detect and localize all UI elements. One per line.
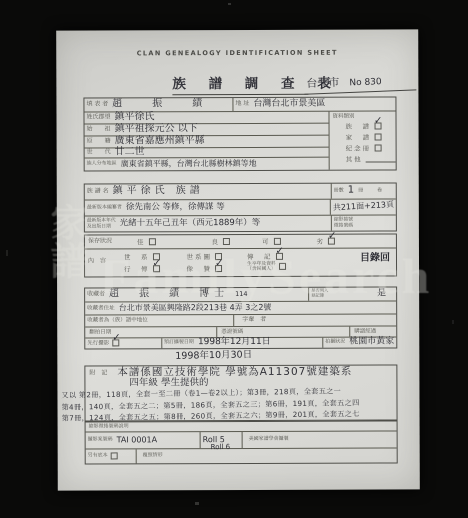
genealogy-title-value: 鎮平徐氏 族譜 — [113, 186, 204, 197]
row-edition-date: 最新版本年代及出版日期 光緒十五年己丑年（西元1889年）等 縮影捲號微捲號碼 — [85, 215, 396, 231]
holder-position-label: 收藏者為（族）譜中地位 — [87, 318, 148, 324]
volume-unit: 冊 — [358, 188, 363, 194]
remarks-dense-notes: 又以 第2冊，118頁，全套一至二冊（卷1—卷2以上）；第3冊，218頁，全套五… — [61, 384, 400, 424]
film-speck — [228, 3, 231, 5]
scroll-unit: 卷 — [377, 188, 382, 194]
checkbox — [374, 133, 382, 141]
prefilm-cell: 先行攝影 ✓ — [85, 338, 161, 348]
filming-date-label: 預訂攝製日期 — [164, 340, 194, 346]
film-number-value: TAI 0001A — [117, 436, 158, 445]
filming-date-cell: 預訂攝製日期 1998年12月11日 — [161, 338, 322, 349]
checkbox-icon — [148, 238, 155, 245]
city-annotation: 台北市 — [306, 77, 339, 90]
checkbox: ✓ — [374, 122, 382, 130]
ancestor-label: 始 祖 — [87, 127, 111, 134]
film-speck — [6, 250, 8, 256]
roll-cell: Roll 5 Roll 6 — [200, 432, 242, 448]
checkbox — [374, 144, 382, 152]
holder-address-label: 收藏者住址 — [87, 305, 115, 311]
holder-address-cell: 收藏者住址 台北市景美區興隆路2段213巷 4弄 3之2號 — [85, 301, 396, 314]
checkbox: ✓ — [112, 339, 120, 347]
condition-label: 保存狀況 — [88, 239, 112, 246]
checkbox-icon — [279, 263, 286, 270]
filming-date-value: 1998年12月11日 — [198, 338, 271, 348]
scanned-photo: CLAN GENEALOGY IDENTIFICATION SHEET 族 譜 … — [0, 0, 468, 518]
check-mark-icon: ✓ — [112, 333, 120, 344]
english-header: CLAN GENEALOGY IDENTIFICATION SHEET — [56, 48, 418, 57]
section-remarks: 附 記 本譜係國立技術學院 學號為A11307號建築系 四年級 學生提供的 又以… — [84, 364, 397, 421]
society-label: 美國家譜學會攝製 — [249, 437, 289, 443]
option-birth-death-dates: 生卒年及資料（含民國人） — [247, 262, 287, 273]
genealogy-title-label: 族 譜 名 — [87, 189, 109, 196]
filming-status-value: 桃園市黃家 — [349, 338, 394, 348]
checkbox-icon — [374, 144, 381, 151]
filer-cell: 填 表 者 趙 振 績 — [84, 98, 232, 112]
refilm-status-label: 覆照情形 — [143, 454, 163, 460]
ancestor-value: 鎮平祖探元公 以下 — [115, 124, 198, 135]
blank-line — [366, 155, 396, 162]
checkbox — [273, 237, 281, 245]
checkbox — [223, 238, 231, 246]
form-title: 族 譜 調 查 表 — [172, 72, 308, 95]
title-annotation: 台北市 No 830 — [306, 75, 382, 90]
row-condition: 保存狀況 佳 良 可 劣✓ — [85, 234, 396, 249]
option-fair: 良 — [211, 237, 231, 246]
compilers-cell: 最新版本編纂者 徐先南公 等修，徐傳謀 等 — [85, 200, 330, 216]
row-holder-position: 收藏者為（族）譜中地位 字輩 者 — [85, 314, 396, 327]
refilm-date-cell: 翻拍日期 — [85, 327, 216, 337]
number-annotation: No 830 — [349, 78, 382, 89]
row-contents: 內 容 世 系 行 傳✓ 世系圖 像 贊✓ 傳 記✓ 生卒年及資料（含民國人） … — [85, 248, 396, 276]
option-records: 傳 記✓ — [247, 252, 287, 261]
row-genealogy-title: 族 譜 名 鎮平徐氏 族譜 冊數 1 冊 卷 — [85, 183, 396, 200]
voucher-number-cell: 憑證號碼 — [216, 327, 349, 337]
holder-address-value: 台北市景美區興隆路2段213巷 4弄 3之2號 — [119, 304, 272, 313]
society-cell: 美國家譜學會攝製 — [242, 431, 397, 448]
amended-date-annotation: 1998年10月30日 — [175, 350, 252, 362]
volume-count-value: 1 — [348, 186, 354, 197]
material-type-cell: 資料類別 族 譜 ✓ 家 譜 紀念冊 其他 — [328, 111, 395, 169]
checkbox — [279, 263, 287, 271]
material-type-header: 資料類別 — [329, 111, 395, 119]
checkbox — [148, 238, 156, 246]
section-holder: 收藏者 趙 振 績 博士 114 是否列入登記簿 是 收藏者住址 台北市景美區興… — [84, 286, 397, 349]
filming-status-cell: 拍攝狀況 桃園市黃家 — [322, 337, 396, 347]
compilers-value: 徐先南公 等修，徐傳謀 等 — [126, 203, 225, 212]
roll-value-2: Roll 6 — [211, 444, 230, 451]
voucher-number-label: 憑證號碼 — [221, 329, 243, 335]
generations-value: 廿二世 — [115, 148, 145, 159]
contents-label: 內 容 — [88, 258, 106, 276]
row-compilers: 最新版本編纂者 徐先南公 等修，徐傳謀 等 共211面+213頁 — [85, 199, 396, 216]
distribution-label: 族人分布地區 — [87, 162, 117, 168]
section-condition: 保存狀況 佳 良 可 劣✓ 內 容 世 系 行 傳✓ 世系圖 像 贊✓ 傳 記✓ — [84, 233, 397, 277]
checkbox-icon — [273, 237, 280, 244]
row-film-number: 攝影案號碼 TAI 0001A Roll 5 Roll 6 美國家譜學會攝製 — [86, 431, 397, 449]
section-microfilm: 縮影微捲號碼說明 攝影案號碼 TAI 0001A Roll 5 Roll 6 美… — [85, 420, 398, 464]
remarks-label: 附 記 — [89, 370, 107, 377]
origin-label: 原 籍 — [87, 139, 111, 146]
option-memorial-book: 紀念冊 — [346, 143, 396, 152]
paper-sheet: CLAN GENEALOGY IDENTIFICATION SHEET 族 譜 … — [56, 29, 420, 490]
index-annotation: 目錄回 — [360, 253, 390, 264]
option-good: 佳 — [137, 237, 157, 246]
prefilm-label: 先行攝影 — [87, 340, 109, 346]
filer-value: 趙 振 績 — [112, 99, 212, 110]
volume-count-cell: 冊數 1 冊 卷 — [331, 183, 396, 198]
film-number-label: 攝影案號碼 — [88, 438, 113, 444]
volume-label: 冊數 — [334, 188, 344, 194]
film-number-cell: 攝影案號碼 TAI 0001A — [86, 432, 200, 448]
check-mark-icon: ✓ — [328, 231, 336, 242]
check-mark-icon: ✓ — [374, 116, 382, 127]
filming-status-label: 拍攝狀況 — [325, 340, 345, 346]
film-speck — [452, 320, 454, 324]
surname-cell: 姓氏郡望 鎮平徐氏 — [84, 112, 328, 124]
edition-date-cell: 最新版本年代及出版日期 光緒十五年己丑年（西元1889年）等 — [85, 216, 331, 232]
refilm-date-label: 翻拍日期 — [89, 329, 111, 335]
contents-col2: 世系圖 像 贊✓ — [186, 249, 223, 276]
holder-value: 趙 振 績 博士 — [109, 289, 229, 300]
holder-position-cell: 收藏者為（族）譜中地位 — [85, 315, 233, 327]
checkbox-icon — [374, 133, 381, 140]
check-mark-icon: ✓ — [275, 246, 283, 257]
option-label: 紀念冊 — [346, 144, 372, 153]
option-biographies: 行 傳✓ — [124, 264, 161, 273]
microfilm-header-label: 縮影微捲號碼說明 — [89, 424, 129, 430]
distribution-value: 廣東省鎮平縣，台灣台北縣樹林鎮等地 — [121, 160, 257, 169]
row-distribution: 族人分布地區 廣東省鎮平縣，台灣台北縣樹林鎮等地 — [85, 158, 329, 171]
holder-note: 114 — [235, 291, 247, 298]
row-filming: 先行攝影 ✓ 預訂攝製日期 1998年12月11日 拍攝狀況 桃園市黃家 — [85, 337, 396, 348]
distribution-cell: 族人分布地區 廣東省鎮平縣，台灣台北縣樹林鎮等地 — [85, 158, 329, 171]
checkbox-icon — [111, 452, 118, 459]
row-duplicate: 另有底本 覆照情形 — [86, 448, 397, 463]
checkbox-icon — [223, 238, 230, 245]
surname-label: 姓氏郡望 — [86, 115, 110, 122]
option-clan-genealogy: 族 譜 ✓ — [346, 121, 396, 130]
basic-info-split: 姓氏郡望 鎮平徐氏 始 祖 鎮平祖探元公 以下 原 籍 廣東省嘉 — [84, 111, 395, 170]
option-label: 族 譜 — [346, 122, 372, 131]
option-label: 家 譜 — [346, 133, 372, 142]
option-family-genealogy: 家 譜 — [346, 132, 396, 141]
microfilm-note-label: 縮影捲號微捲號碼 — [334, 218, 353, 229]
contents-col1: 世 系 行 傳✓ — [124, 249, 161, 276]
generation-name-label: 字輩 者 — [242, 317, 266, 324]
option-poor: 劣✓ — [316, 237, 336, 246]
option-portraits: 像 贊✓ — [187, 264, 224, 273]
checkbox: ✓ — [153, 265, 161, 273]
microfilm-note-cell: 縮影捲號微捲號碼 — [331, 215, 396, 230]
birth-death-label: 生卒年及資料（含民國人） — [247, 262, 276, 273]
edition-date-label: 最新版本年代及出版日期 — [87, 218, 116, 229]
basic-info-left: 姓氏郡望 鎮平徐氏 始 祖 鎮平祖探元公 以下 原 籍 廣東省嘉 — [84, 112, 328, 171]
checkbox — [111, 452, 119, 460]
filer-label: 填 表 者 — [86, 102, 108, 109]
checkbox: ✓ — [328, 237, 336, 245]
check-mark-icon: ✓ — [153, 259, 161, 270]
surname-value: 鎮平徐氏 — [115, 113, 155, 124]
acquisition-cell: 購譜經過 — [349, 326, 396, 336]
checkbox: ✓ — [215, 265, 223, 273]
refilm-status-cell: 覆照情形 — [136, 448, 397, 463]
duplicate-cell: 另有底本 — [86, 449, 136, 463]
check-mark-icon: ✓ — [215, 259, 223, 270]
checkbox: ✓ — [275, 252, 283, 260]
option-usable: 可 — [262, 237, 282, 246]
compilers-label: 最新版本編纂者 — [87, 205, 122, 211]
generation-name-cell: 字輩 者 — [233, 314, 396, 326]
generations-cell: 世 代 廿二世 — [85, 148, 329, 158]
row-filer: 填 表 者 趙 振 績 地 址 台灣台北市景美區 — [84, 97, 395, 112]
address-cell: 地 址 台灣台北市景美區 — [232, 97, 395, 111]
holder-label: 收藏者 — [87, 292, 105, 299]
contents-col3: 傳 記✓ 生卒年及資料（含民國人） — [247, 249, 287, 276]
section-basic-info: 填 表 者 趙 振 績 地 址 台灣台北市景美區 姓氏郡望 鎮平徐氏 — [83, 96, 396, 171]
registry-value: 是 — [377, 289, 386, 298]
genealogy-title-cell: 族 譜 名 鎮平徐氏 族譜 — [85, 184, 331, 200]
section-edition-info: 族 譜 名 鎮平徐氏 族譜 冊數 1 冊 卷 最新版本編纂者 徐先南公 等修，徐… — [84, 182, 397, 232]
row-holder-address: 收藏者住址 台北市景美區興隆路2段213巷 4弄 3之2號 — [85, 301, 396, 315]
address-label: 地 址 — [235, 101, 249, 108]
holder-cell: 收藏者 趙 振 績 博士 114 — [85, 288, 308, 302]
registry-label: 是否列入登記簿 — [311, 289, 328, 299]
duplicate-label: 另有底本 — [88, 454, 108, 460]
option-label: 其他 — [346, 155, 363, 164]
generations-label: 世 代 — [87, 150, 111, 157]
page-count-value: 共211面+213頁 — [332, 201, 394, 213]
registry-cell: 是否列入登記簿 是 — [308, 287, 396, 300]
row-holder: 收藏者 趙 振 績 博士 114 是否列入登記簿 是 — [85, 287, 396, 302]
film-speck — [195, 502, 199, 505]
acquisition-label: 購譜經過 — [354, 328, 376, 334]
page-count-cell: 共211面+213頁 — [330, 199, 396, 214]
ancestor-cell: 始 祖 鎮平祖探元公 以下 — [85, 124, 329, 136]
option-other: 其他 — [346, 154, 396, 163]
address-value: 台灣台北市景美區 — [253, 99, 325, 109]
edition-date-value: 光緒十五年己丑年（西元1889年）等 — [120, 219, 261, 228]
